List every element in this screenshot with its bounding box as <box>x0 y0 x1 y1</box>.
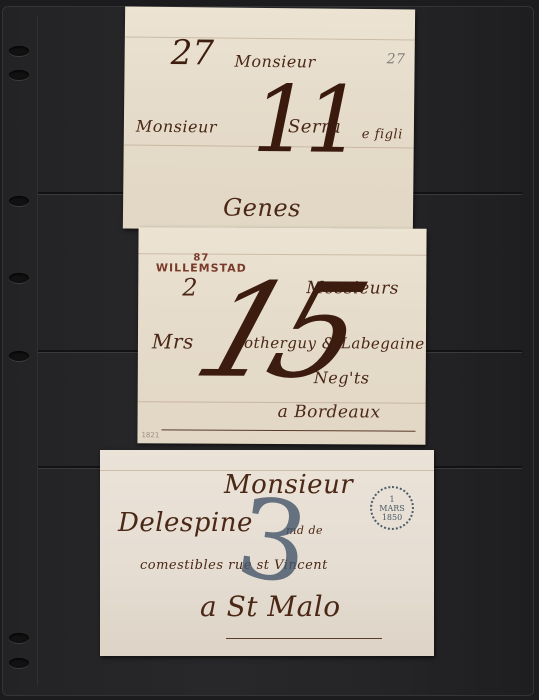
address-line: Monsieur <box>136 117 217 137</box>
tax-mark: 11 <box>252 74 358 167</box>
binder-hole <box>9 273 29 283</box>
destination: a St Malo <box>200 590 341 623</box>
address-line: Mrs <box>152 329 194 353</box>
tax-mark: 3 <box>231 482 316 601</box>
destination: Genes <box>223 194 301 223</box>
letter-top: 27 Monsieur 27 Monsieur Serra e figli 11… <box>123 6 415 231</box>
pencil-note: 1821 <box>141 431 159 439</box>
date-stamp: 1 MARS 1850 <box>370 486 414 530</box>
destination: a Bordeaux <box>278 402 381 423</box>
underline <box>162 429 416 431</box>
address-line: e figli <box>362 127 403 142</box>
letter-bottom: Monsieur 1 MARS 1850 Delespine md de com… <box>100 450 434 656</box>
binder-hole <box>9 196 29 206</box>
binder-hole <box>9 351 29 361</box>
binder-hole <box>9 633 29 643</box>
addressee-name: Delespine <box>118 508 253 538</box>
binder-hole <box>9 46 29 56</box>
side-mark: 2 <box>182 273 198 301</box>
corner-mark: 27 <box>387 51 406 67</box>
underline <box>226 638 382 639</box>
binder-hole <box>9 658 29 668</box>
rate-mark: 27 <box>170 33 214 73</box>
letter-middle: 87 WILLEMSTAD 2 Messieurs Mrs Fotherguy … <box>137 227 426 445</box>
binder-hole <box>9 70 29 80</box>
